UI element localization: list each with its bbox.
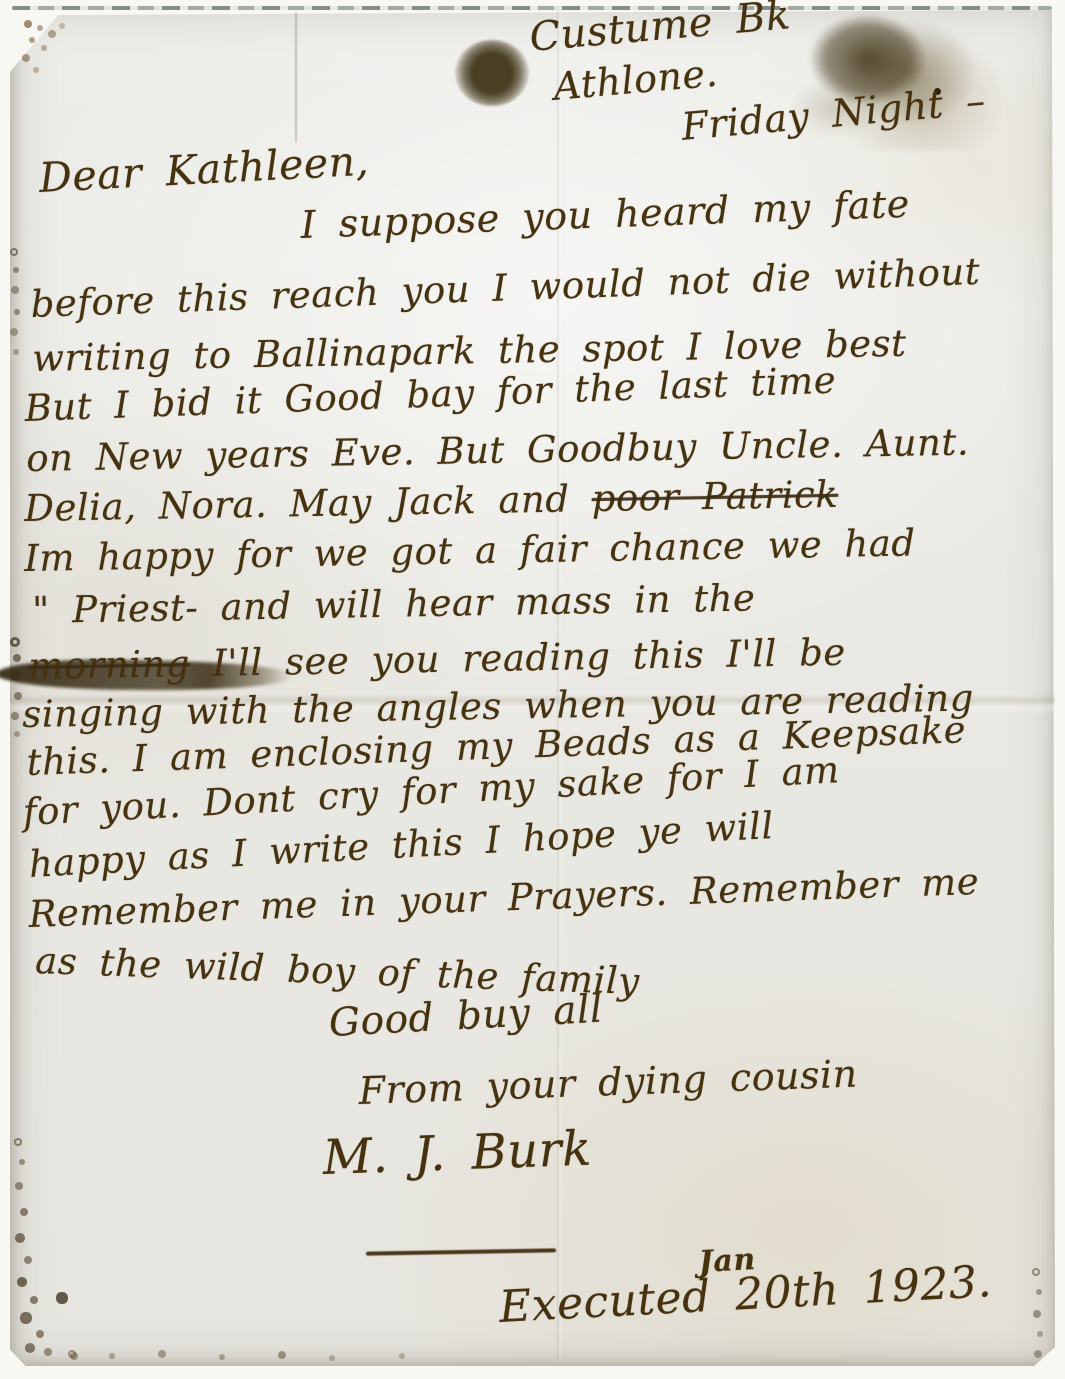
signature: M. J. Burk [322, 1125, 592, 1182]
scan-background: Custume Bk Athlone. Friday Night – Dear … [0, 0, 1065, 1379]
stain-left-edge-upper [12, 250, 16, 254]
ink-blot-round [455, 40, 529, 106]
stain-cluster-bottom-left [16, 1140, 20, 1144]
stain-bottom-edge [70, 1352, 74, 1356]
stain-left-edge-mid [13, 640, 17, 644]
struck-text: poor Patrick [591, 473, 838, 520]
stain-right-edge [1034, 1270, 1038, 1274]
fold-crease-header [295, 12, 297, 142]
stain-cluster-top-left [20, 16, 24, 20]
struck-text: morning [28, 642, 190, 688]
